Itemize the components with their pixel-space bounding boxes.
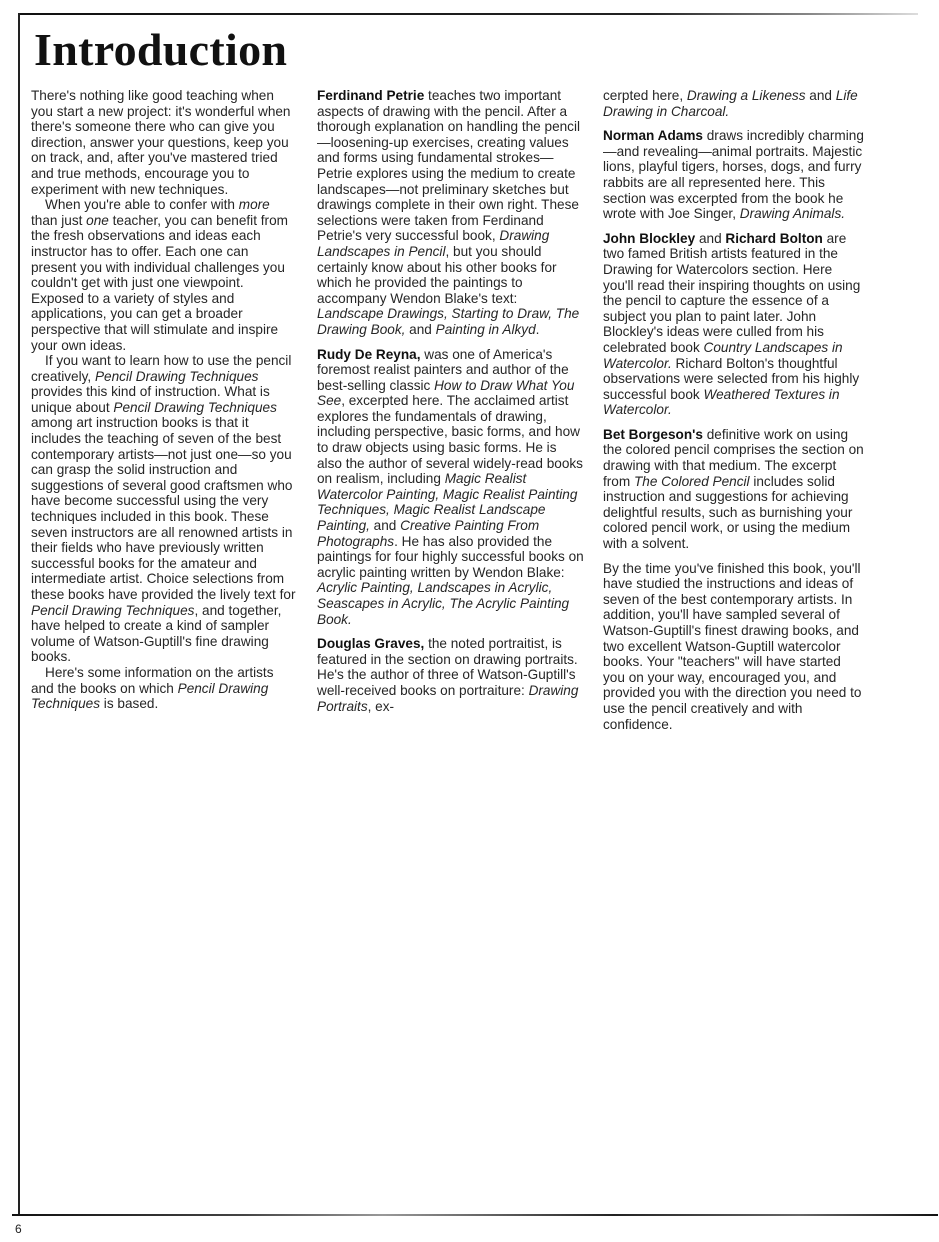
page-title: Introduction bbox=[34, 20, 287, 80]
artist-name: Norman Adams bbox=[603, 128, 703, 143]
page-frame-left-rule bbox=[18, 13, 20, 1215]
book-title: Pencil Drawing Techniques bbox=[113, 400, 276, 415]
emphasis: more bbox=[239, 197, 270, 212]
text-run: and bbox=[405, 322, 435, 337]
book-title: Drawing Animals. bbox=[740, 206, 845, 221]
intro-paragraph-1: There's nothing like good teaching when … bbox=[31, 88, 296, 197]
text-run: teaches two important aspects of drawing… bbox=[317, 88, 580, 243]
artist-entry-graves-continued: cerpted here, Drawing a Likeness and Lif… bbox=[603, 88, 865, 119]
text-run: is based. bbox=[100, 696, 158, 711]
closing-paragraph: By the time you've finished this book, y… bbox=[603, 561, 865, 733]
intro-paragraph-4: Here's some information on the artists a… bbox=[31, 665, 296, 712]
emphasis: one bbox=[86, 213, 109, 228]
text-run: and bbox=[695, 231, 725, 246]
intro-paragraph-2: When you're able to confer with more tha… bbox=[31, 197, 296, 353]
text-run: than just bbox=[31, 213, 86, 228]
artist-entry-petrie: Ferdinand Petrie teaches two important a… bbox=[317, 88, 585, 338]
page-frame-top-rule bbox=[18, 13, 918, 15]
text-run: and bbox=[806, 88, 836, 103]
artist-name: John Blockley bbox=[603, 231, 695, 246]
text-run: , ex- bbox=[368, 699, 394, 714]
artist-entry-blockley-bolton: John Blockley and Richard Bolton are two… bbox=[603, 231, 865, 418]
book-title: Pencil Drawing Techniques bbox=[31, 603, 194, 618]
text-run: When you're able to confer with bbox=[45, 197, 239, 212]
artist-name: Douglas Graves, bbox=[317, 636, 424, 651]
text-column-1: There's nothing like good teaching when … bbox=[31, 88, 296, 712]
artist-entry-borgeson: Bet Borgeson's definitive work on using … bbox=[603, 427, 865, 552]
text-run: . bbox=[536, 322, 540, 337]
text-run: and bbox=[370, 518, 400, 533]
artist-name: Richard Bolton bbox=[725, 231, 822, 246]
text-run: cerpted here, bbox=[603, 88, 687, 103]
text-run: are two famed British artists featured i… bbox=[603, 231, 860, 355]
book-title: Drawing a Likeness bbox=[687, 88, 806, 103]
artist-name: Bet Borgeson's bbox=[603, 427, 703, 442]
artist-entry-de-reyna: Rudy De Reyna, was one of America's fore… bbox=[317, 347, 585, 628]
intro-paragraph-3: If you want to learn how to use the penc… bbox=[31, 353, 296, 665]
text-run: among art instruction books is that it i… bbox=[31, 415, 295, 602]
text-column-3: cerpted here, Drawing a Likeness and Lif… bbox=[603, 88, 865, 732]
book-title: Acrylic Painting, Landscapes in Acrylic,… bbox=[317, 580, 569, 626]
artist-name: Rudy De Reyna, bbox=[317, 347, 421, 362]
artist-entry-adams: Norman Adams draws incredibly charming—a… bbox=[603, 128, 865, 222]
text-column-2: Ferdinand Petrie teaches two important a… bbox=[317, 88, 585, 714]
book-title: Pencil Drawing Techniques bbox=[95, 369, 258, 384]
book-title: The Colored Pencil bbox=[634, 474, 750, 489]
text-run: teacher, you can benefit from the fresh … bbox=[31, 213, 288, 353]
artist-entry-graves: Douglas Graves, the noted portraitist, i… bbox=[317, 636, 585, 714]
page-frame-bottom-rule bbox=[12, 1214, 938, 1216]
artist-name: Ferdinand Petrie bbox=[317, 88, 424, 103]
book-title: Painting in Alkyd bbox=[436, 322, 536, 337]
page-number: 6 bbox=[15, 1222, 22, 1236]
